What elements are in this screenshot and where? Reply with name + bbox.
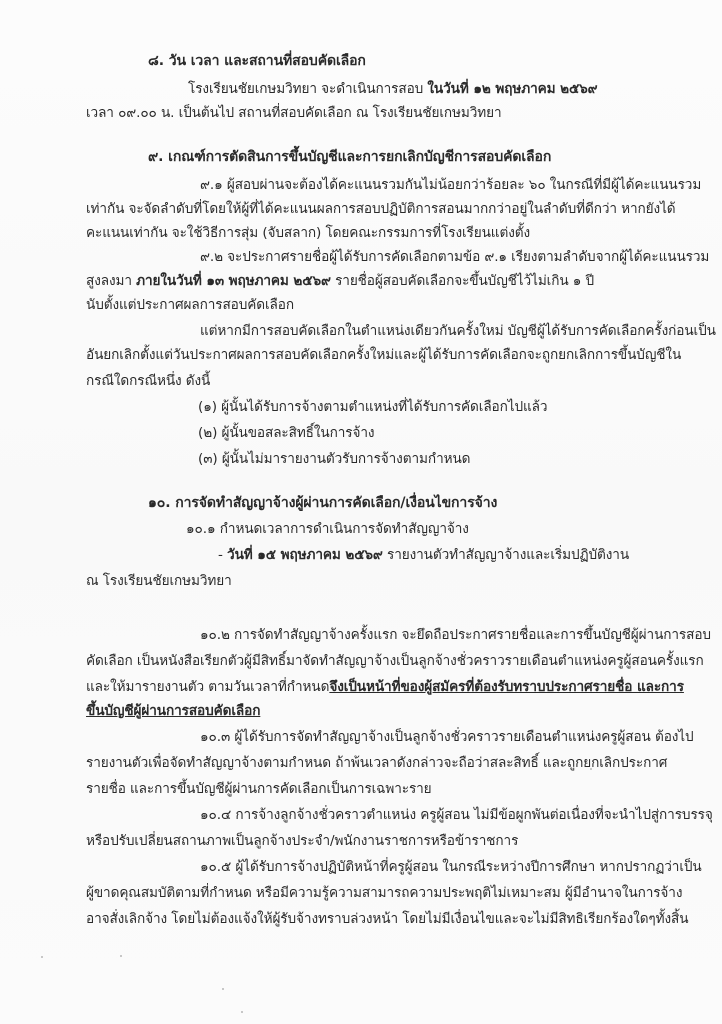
para-9-1-line-1: ๙.๑ ผู้สอบผ่านจะต้องได้คะแนนรวมกันไม่น้อ…: [200, 176, 701, 194]
scan-speck: [241, 1011, 243, 1013]
document-page: ๘. วัน เวลา และสถานที่สอบคัดเลือก โรงเรี…: [0, 0, 722, 1024]
scan-speck: [41, 956, 43, 958]
list-item-3: (๓) ผู้นั้นไม่มารายงานตัวรับการจ้างตามกำ…: [198, 450, 470, 468]
para-10-1-text: รายงานตัวทำสัญญาจ้างและเริ่มปฏิบัติงาน: [383, 547, 629, 563]
para-9-2-line-3: นับตั้งแต่ประกาศผลการสอบคัดเลือก: [86, 296, 294, 314]
dash: -: [218, 547, 227, 563]
para-10-4-line-1: ๑๐.๔ การจ้างลูกจ้างชั่วคราวตำแหน่ง ครูผู…: [200, 806, 713, 824]
para-10-5-line-2: ผู้ขาดคุณสมบัติตามที่กำหนด หรือมีความรู้…: [86, 884, 682, 902]
section-9-heading: ๙. เกณฑ์การตัดสินการขึ้นบัญชีและการยกเลิ…: [148, 148, 551, 166]
para-9-1-line-2: เท่ากัน จะจัดลำดับที่โดยให้ผู้ที่ได้คะแน…: [86, 200, 676, 218]
para-10-1-date-line: - วันที่ ๑๕ พฤษภาคม ๒๕๖๙ รายงานตัวทำสัญญ…: [218, 546, 629, 564]
section-8-heading: ๘. วัน เวลา และสถานที่สอบคัดเลือก: [148, 52, 366, 70]
para-10-2-line-4: ขึ้นบัญชีผู้ผ่านการสอบคัดเลือก: [86, 702, 260, 720]
announce-date: ภายในวันที่ ๑๓ พฤษภาคม ๒๕๖๙: [136, 273, 331, 289]
para-9-2-line-2: สูงลงมา ภายในวันที่ ๑๓ พฤษภาคม ๒๕๖๙ รายช…: [86, 272, 594, 290]
para-10-3-line-3: รายชื่อ และการขึ้นบัญชีผู้ผ่านการคัดเลือ…: [86, 780, 432, 798]
para-10-4-line-2: หรือปรับเปลี่ยนสถานภาพเป็นลูกจ้างประจำ/พ…: [86, 832, 518, 850]
section-8-text: โรงเรียนชัยเกษมวิทยา จะดำเนินการสอบ: [188, 81, 427, 97]
para-9-2-text-a: สูงลงมา: [86, 273, 136, 289]
list-item-2: (๒) ผู้นั้นขอสละสิทธิ์ในการจ้าง: [198, 424, 374, 442]
para-10-2-text: และให้มารายงานตัว ตามวันเวลาที่กำหนด: [86, 679, 329, 695]
section-8-line-1: โรงเรียนชัยเกษมวิทยา จะดำเนินการสอบ ในวั…: [188, 80, 598, 98]
para-10-3-line-1: ๑๐.๓ ผู้ได้รับการจัดทำสัญญาจ้างเป็นลูกจ้…: [200, 728, 694, 746]
para-10-2-line-2: คัดเลือก เป็นหนังสือเรียกตัวผู้มีสิทธิ์ม…: [86, 652, 704, 670]
scan-speck: [590, 768, 592, 770]
para-10-1-place: ณ โรงเรียนชัยเกษมวิทยา: [86, 572, 232, 590]
section-10-heading: ๑๐. การจัดทำสัญญาจ้างผู้ผ่านการคัดเลือก/…: [148, 494, 497, 512]
para-9-1-line-3: คะแนนเท่ากัน จะใช้วิธีการสุ่ม (จับสลาก) …: [86, 224, 530, 242]
para-10-5-line-1: ๑๐.๕ ผู้ได้รับการจ้างปฏิบัติหน้าที่ครูผู…: [200, 858, 702, 876]
para-10-5-line-3: อาจสั่งเลิกจ้าง โดยไม่ต้องแจ้งให้ผู้รับจ…: [86, 910, 688, 928]
para-9-3-line-2: อันยกเลิกตั้งแต่วันประกาศผลการสอบคัดเลือ…: [86, 346, 681, 364]
para-10-3-line-2: รายงานตัวเพื่อจัดทำสัญญาจ้างตามกำหนด ถ้า…: [86, 754, 667, 772]
para-9-3-line-1: แต่หากมีการสอบคัดเลือกในตำแหน่งเดียวกันค…: [200, 322, 716, 340]
para-9-2-text-c: รายชื่อผู้สอบคัดเลือกจะขึ้นบัญชีไว้ไม่เก…: [331, 273, 594, 289]
para-10-2-line-3: และให้มารายงานตัว ตามวันเวลาที่กำหนดจึงเ…: [86, 678, 684, 696]
para-9-3-line-3: กรณีใดกรณีหนึ่ง ดังนี้: [86, 372, 210, 390]
emphasis-notice: จึงเป็นหน้าที่ของผู้สมัครที่ต้องรับทราบป…: [329, 679, 684, 695]
contract-date: วันที่ ๑๕ พฤษภาคม ๒๕๖๙: [227, 547, 383, 563]
scan-speck: [120, 955, 122, 957]
para-10-2-line-1: ๑๐.๒ การจัดทำสัญญาจ้างครั้งแรก จะยึดถือป…: [200, 626, 711, 644]
section-8-line-2: เวลา ๐๙.๐๐ น. เป็นต้นไป สถานที่สอบคัดเลื…: [86, 104, 502, 122]
list-item-1: (๑) ผู้นั้นได้รับการจ้างตามตำแหน่งที่ได้…: [198, 398, 547, 416]
para-9-2-line-1: ๙.๒ จะประกาศรายชื่อผู้ได้รับการคัดเลือกต…: [200, 248, 709, 266]
para-10-1: ๑๐.๑ กำหนดเวลาการดำเนินการจัดทำสัญญาจ้าง: [186, 520, 469, 538]
scan-speck: [222, 988, 224, 990]
exam-date: ในวันที่ ๑๒ พฤษภาคม ๒๕๖๙: [427, 81, 597, 97]
